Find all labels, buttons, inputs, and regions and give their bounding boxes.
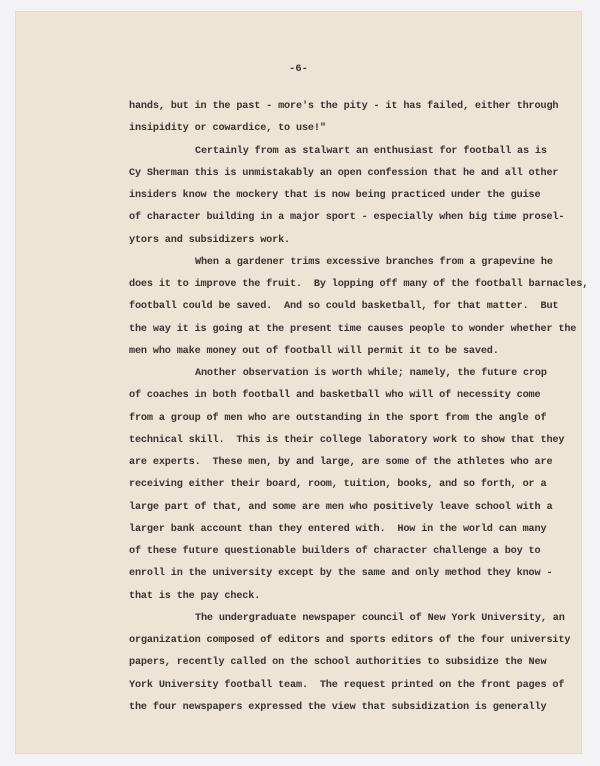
text-line: Cy Sherman this is unmistakably an open …	[129, 168, 558, 180]
paragraph-first-line: Certainly from as stalwart an enthusiast…	[195, 146, 547, 158]
text-line: that is the pay check.	[129, 591, 260, 603]
typewritten-page: -6- hands, but in the past - more's the …	[15, 11, 582, 754]
text-line: football could be saved. And so could ba…	[129, 301, 558, 313]
text-line: the way it is going at the present time …	[129, 324, 576, 336]
text-line: organization composed of editors and spo…	[129, 635, 570, 647]
paragraph-first-line: When a gardener trims excessive branches…	[195, 257, 553, 269]
text-line: insipidity or cowardice, to use!"	[129, 123, 326, 135]
paragraph-first-line: Another observation is worth while; name…	[195, 368, 547, 380]
page-number: -6-	[15, 63, 582, 75]
paragraph-first-line: The undergraduate newspaper council of N…	[195, 613, 565, 625]
text-line: York University football team. The reque…	[129, 680, 564, 692]
text-line: does it to improve the fruit. By lopping…	[129, 279, 588, 291]
text-line: the four newspapers expressed the view t…	[129, 702, 546, 714]
text-line: enroll in the university except by the s…	[129, 568, 552, 580]
text-line: ytors and subsidizers work.	[129, 235, 290, 247]
text-line: papers, recently called on the school au…	[129, 657, 546, 669]
text-line: from a group of men who are outstanding …	[129, 413, 546, 425]
text-line: insiders know the mockery that is now be…	[129, 190, 540, 202]
text-line: of character building in a major sport -…	[129, 212, 564, 224]
text-line: men who make money out of football will …	[129, 346, 499, 358]
text-line: of these future questionable builders of…	[129, 546, 540, 558]
text-line: are experts. These men, by and large, ar…	[129, 457, 552, 469]
text-line: technical skill. This is their college l…	[129, 435, 564, 447]
text-line: of coaches in both football and basketba…	[129, 390, 540, 402]
text-line: receiving either their board, room, tuit…	[129, 479, 546, 491]
text-line: hands, but in the past - more's the pity…	[129, 101, 558, 113]
text-line: larger bank account than they entered wi…	[129, 524, 546, 536]
text-line: large part of that, and some are men who…	[129, 502, 552, 514]
